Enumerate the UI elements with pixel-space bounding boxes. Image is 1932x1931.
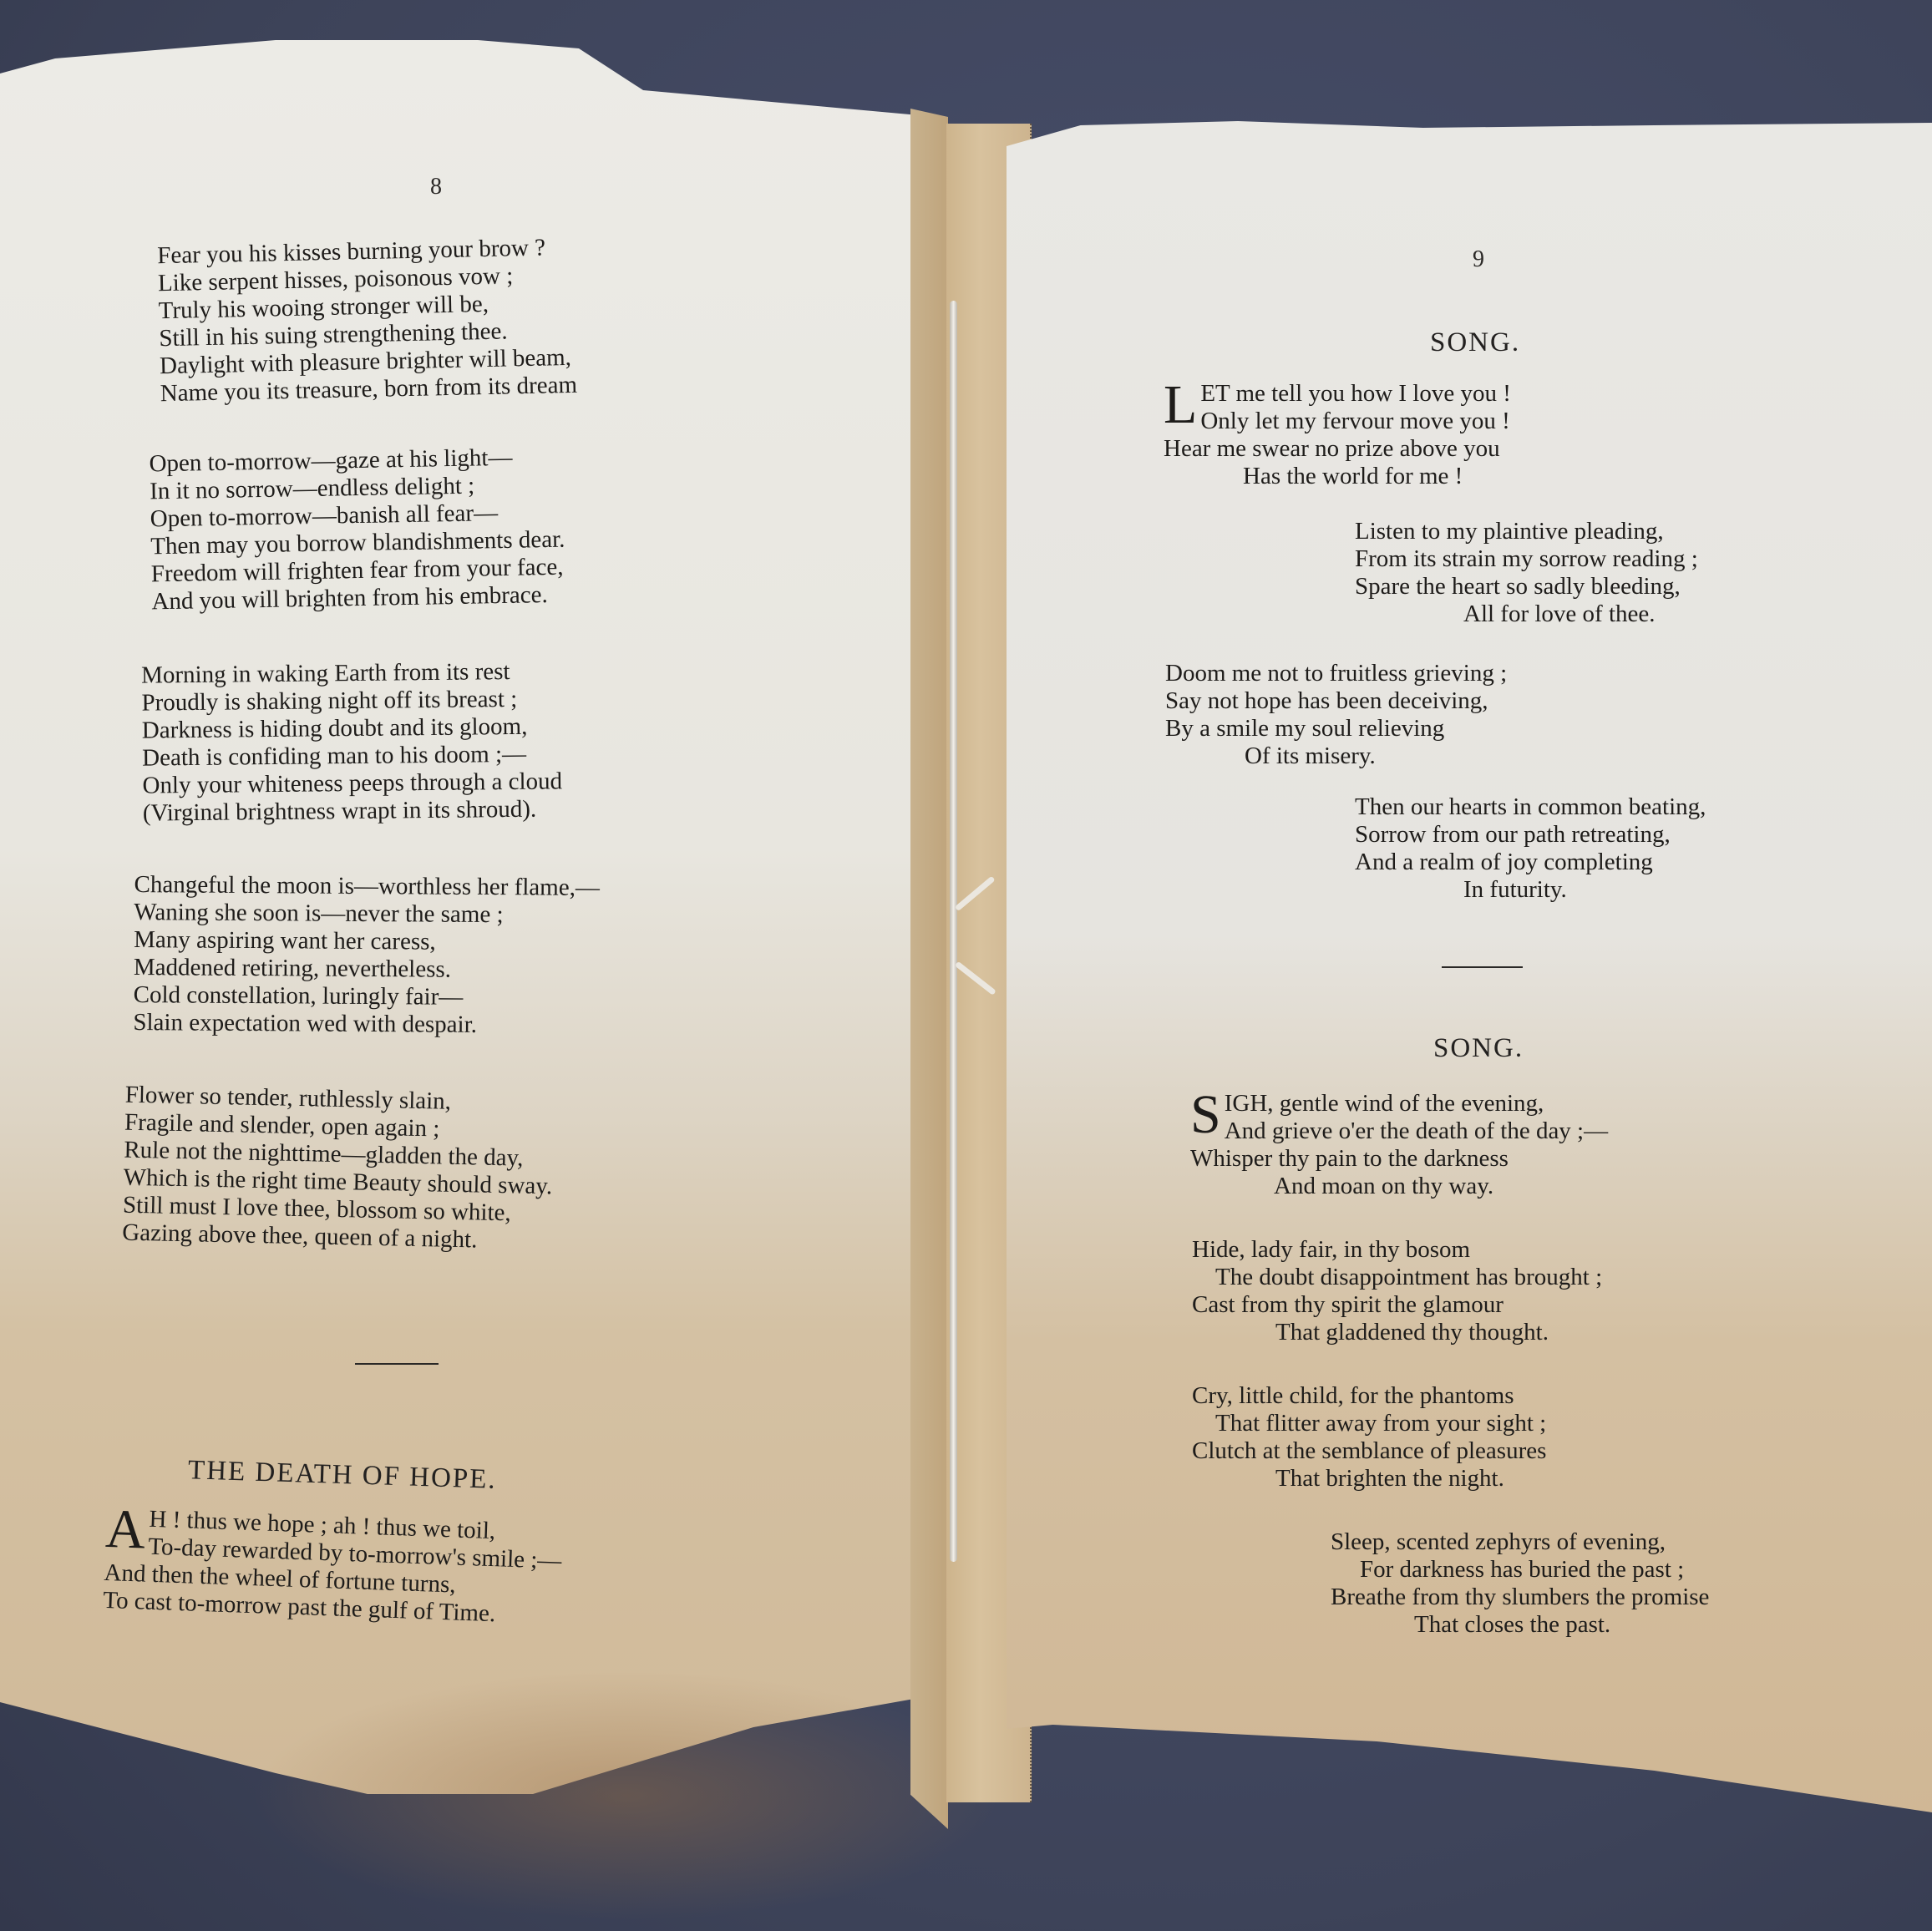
verse-line: Doom me not to fruitless grieving ; bbox=[1165, 660, 1507, 687]
verse-line: For darkness has buried the past ; bbox=[1331, 1556, 1709, 1584]
verse-line: Whisper thy pain to the darkness bbox=[1190, 1145, 1597, 1173]
verse-line: That gladdened thy thought. bbox=[1192, 1319, 1602, 1346]
verse-line: ET me tell you how I love you ! bbox=[1164, 380, 1500, 408]
song-1-stanza-3: Doom me not to fruitless grieving ; Say … bbox=[1165, 660, 1507, 770]
verse-line: The doubt disappointment has brought ; bbox=[1192, 1264, 1602, 1291]
song-1-stanza-4: Then our hearts in common beating, Sorro… bbox=[1355, 793, 1706, 904]
verse-line: Waning she soon is—never the same ; bbox=[134, 899, 600, 930]
section-divider bbox=[1442, 966, 1523, 968]
stanza-2: Open to-morrow—gaze at his light— In it … bbox=[149, 443, 566, 616]
verse-line: Sleep, scented zephyrs of evening, bbox=[1331, 1528, 1709, 1556]
song-1-stanza-1: L ET me tell you how I love you ! Only l… bbox=[1164, 380, 1500, 490]
verse-line: Hear me swear no prize above you bbox=[1164, 435, 1500, 463]
verse-line: From its strain my sorrow reading ; bbox=[1355, 545, 1698, 573]
verse-line: In futurity. bbox=[1355, 876, 1706, 904]
verse-line: Cast from thy spirit the glamour bbox=[1192, 1291, 1602, 1319]
page-number-left: 8 bbox=[430, 174, 442, 200]
section-divider bbox=[355, 1363, 439, 1365]
verse-line: Proudly is shaking night off its breast … bbox=[141, 685, 561, 717]
verse-line: Morning in waking Earth from its rest bbox=[141, 657, 561, 689]
song-2-stanza-2: Hide, lady fair, in thy bosom The doubt … bbox=[1192, 1236, 1602, 1346]
song-2-stanza-3: Cry, little child, for the phantoms That… bbox=[1192, 1382, 1546, 1493]
verse-line: Has the world for me ! bbox=[1164, 463, 1500, 490]
verse-line: Changeful the moon is—worthless her flam… bbox=[134, 871, 600, 902]
drop-cap: A bbox=[104, 1506, 146, 1554]
binding-thread bbox=[950, 301, 957, 1562]
verse-line: Many aspiring want her caress, bbox=[134, 926, 600, 957]
spine-fold bbox=[910, 109, 948, 1829]
drop-cap: L bbox=[1164, 382, 1197, 428]
song-2-stanza-4: Sleep, scented zephyrs of evening, For d… bbox=[1331, 1528, 1709, 1639]
verse-line: Cold constellation, luringly fair— bbox=[134, 981, 600, 1012]
song-1-title: SONG. bbox=[1430, 327, 1520, 358]
verse-line: That closes the past. bbox=[1331, 1611, 1709, 1639]
stanza-4: Changeful the moon is—worthless her flam… bbox=[133, 871, 600, 1040]
song-2-title: SONG. bbox=[1433, 1033, 1524, 1064]
water-stain bbox=[251, 1670, 1002, 1921]
verse-line: Say not hope has been deceiving, bbox=[1165, 687, 1507, 715]
verse-line: IGH, gentle wind of the evening, bbox=[1190, 1090, 1597, 1118]
verse-line: (Virginal brightness wrapt in its shroud… bbox=[143, 795, 563, 827]
verse-line: Maddened retiring, nevertheless. bbox=[134, 954, 600, 985]
verse-line: Only your whiteness peeps through a clou… bbox=[142, 768, 562, 799]
song-2-stanza-1: S IGH, gentle wind of the evening, And g… bbox=[1190, 1090, 1597, 1200]
verse-line: Spare the heart so sadly bleeding, bbox=[1355, 573, 1698, 601]
verse-line: And moan on thy way. bbox=[1190, 1173, 1597, 1200]
verse-line: And grieve o'er the death of the day ;— bbox=[1190, 1118, 1597, 1145]
verse-line: Then our hearts in common beating, bbox=[1355, 793, 1706, 821]
verse-line: By a smile my soul relieving bbox=[1165, 715, 1507, 742]
verse-line: Hide, lady fair, in thy bosom bbox=[1192, 1236, 1602, 1264]
stanza-1: Fear you his kisses burning your brow ? … bbox=[157, 234, 577, 408]
verse-line: That brighten the night. bbox=[1192, 1465, 1546, 1493]
drop-cap: S bbox=[1190, 1092, 1221, 1138]
stanza-5: Flower so tender, ruthlessly slain, Frag… bbox=[122, 1082, 555, 1256]
verse-line: All for love of thee. bbox=[1355, 601, 1698, 628]
verse-line: Slain expectation wed with despair. bbox=[133, 1009, 599, 1040]
verse-line: Death is confiding man to his doom ;— bbox=[142, 740, 562, 772]
stanza-3: Morning in waking Earth from its rest Pr… bbox=[141, 657, 563, 827]
verse-line: Listen to my plaintive pleading, bbox=[1355, 518, 1698, 545]
verse-line: And a realm of joy completing bbox=[1355, 849, 1706, 876]
song-1-stanza-2: Listen to my plaintive pleading, From it… bbox=[1355, 518, 1698, 628]
death-of-hope-stanza: A H ! thus we hope ; ah ! thus we toil, … bbox=[103, 1504, 544, 1629]
verse-line: Only let my fervour move you ! bbox=[1164, 408, 1500, 435]
page-number-right: 9 bbox=[1473, 246, 1484, 273]
verse-line: That flitter away from your sight ; bbox=[1192, 1410, 1546, 1437]
verse-line: Breathe from thy slumbers the promise bbox=[1331, 1584, 1709, 1611]
verse-line: Cry, little child, for the phantoms bbox=[1192, 1382, 1546, 1410]
verse-line: Darkness is hiding doubt and its gloom, bbox=[142, 712, 562, 744]
verse-line: Clutch at the semblance of pleasures bbox=[1192, 1437, 1546, 1465]
verse-line: Of its misery. bbox=[1165, 742, 1507, 770]
verse-line: Sorrow from our path retreating, bbox=[1355, 821, 1706, 849]
